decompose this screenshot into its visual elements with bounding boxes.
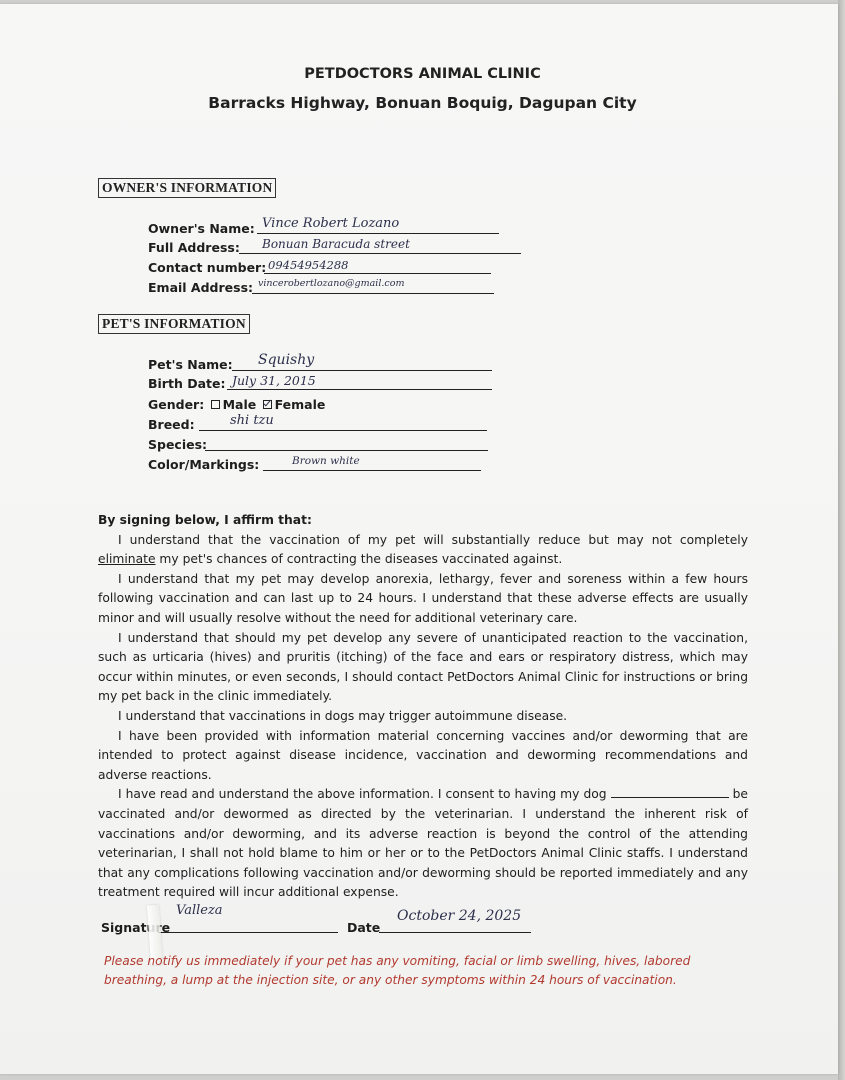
- color-markings-value[interactable]: Brown white: [292, 455, 360, 467]
- owner-name-label: Owner's Name:: [148, 221, 255, 236]
- full-address-label: Full Address:: [148, 240, 240, 255]
- date-value[interactable]: October 24, 2025: [397, 908, 521, 924]
- signature-value[interactable]: Valleza: [176, 903, 223, 918]
- affirmation-section: By signing below, I affirm that: I under…: [98, 511, 748, 903]
- contact-number-value[interactable]: 09454954288: [268, 258, 348, 272]
- species-line: [205, 450, 488, 451]
- breed-label: Breed:: [148, 417, 195, 432]
- affirmation-p5: I have been provided with information ma…: [98, 727, 748, 786]
- p6-text-a: I have read and understand the above inf…: [118, 787, 611, 801]
- contact-number-line: [264, 273, 491, 274]
- gender-label: Gender:: [148, 397, 204, 412]
- dog-name-blank[interactable]: [611, 787, 729, 798]
- breed-value[interactable]: shi tzu: [230, 413, 274, 428]
- pet-section-title: PET'S INFORMATION: [98, 314, 250, 334]
- email-address-line: [252, 293, 494, 294]
- owner-name-line: [257, 233, 499, 234]
- full-address-line: [239, 253, 521, 254]
- owner-name-value[interactable]: Vince Robert Lozano: [262, 216, 399, 231]
- date-label: Date: [347, 920, 380, 935]
- birth-date-label: Birth Date:: [148, 376, 225, 391]
- email-address-label: Email Address:: [148, 280, 253, 295]
- affirmation-p6: I have read and understand the above inf…: [98, 785, 748, 903]
- signature-line: [158, 932, 338, 933]
- birth-date-line: [227, 389, 492, 390]
- owner-section-title: OWNER'S INFORMATION: [98, 178, 276, 198]
- gender-field: Gender: Male Female: [148, 397, 325, 412]
- notice-text: Please notify us immediately if your pet…: [104, 952, 724, 990]
- p1-underlined: eliminate: [98, 552, 156, 566]
- pet-name-line: [232, 370, 492, 371]
- contact-number-label: Contact number:: [148, 260, 266, 275]
- breed-line: [199, 430, 487, 431]
- affirmation-p2: I understand that my pet may develop ano…: [98, 570, 748, 629]
- affirmation-lead: By signing below, I affirm that:: [98, 511, 748, 531]
- full-address-value[interactable]: Bonuan Baracuda street: [262, 237, 410, 251]
- p6-text-b: be vaccinated and/or dewormed as directe…: [98, 787, 748, 899]
- species-label: Species:: [148, 437, 207, 452]
- pet-name-value[interactable]: Squishy: [258, 352, 314, 368]
- p1-text-a: I understand that the vaccination of my …: [118, 533, 748, 547]
- affirmation-p1: I understand that the vaccination of my …: [98, 531, 748, 570]
- affirmation-p4: I understand that vaccinations in dogs m…: [98, 707, 748, 727]
- affirmation-p3: I understand that should my pet develop …: [98, 629, 748, 707]
- female-option-label: Female: [275, 397, 326, 412]
- male-checkbox[interactable]: [211, 400, 220, 409]
- color-markings-line: [263, 470, 481, 471]
- date-line: [379, 932, 531, 933]
- p1-text-b: my pet's chances of contracting the dise…: [156, 552, 563, 566]
- pet-name-label: Pet's Name:: [148, 357, 233, 372]
- female-checkbox[interactable]: [263, 400, 272, 409]
- color-markings-label: Color/Markings:: [148, 457, 259, 472]
- clinic-name: PETDOCTORS ANIMAL CLINIC: [0, 66, 845, 82]
- birth-date-value[interactable]: July 31, 2015: [232, 373, 316, 388]
- email-address-value[interactable]: vincerobertlozano@gmail.com: [258, 278, 404, 289]
- background-edge: [838, 0, 845, 1080]
- clinic-address: Barracks Highway, Bonuan Boquig, Dagupan…: [0, 94, 845, 112]
- male-option-label: Male: [223, 397, 257, 412]
